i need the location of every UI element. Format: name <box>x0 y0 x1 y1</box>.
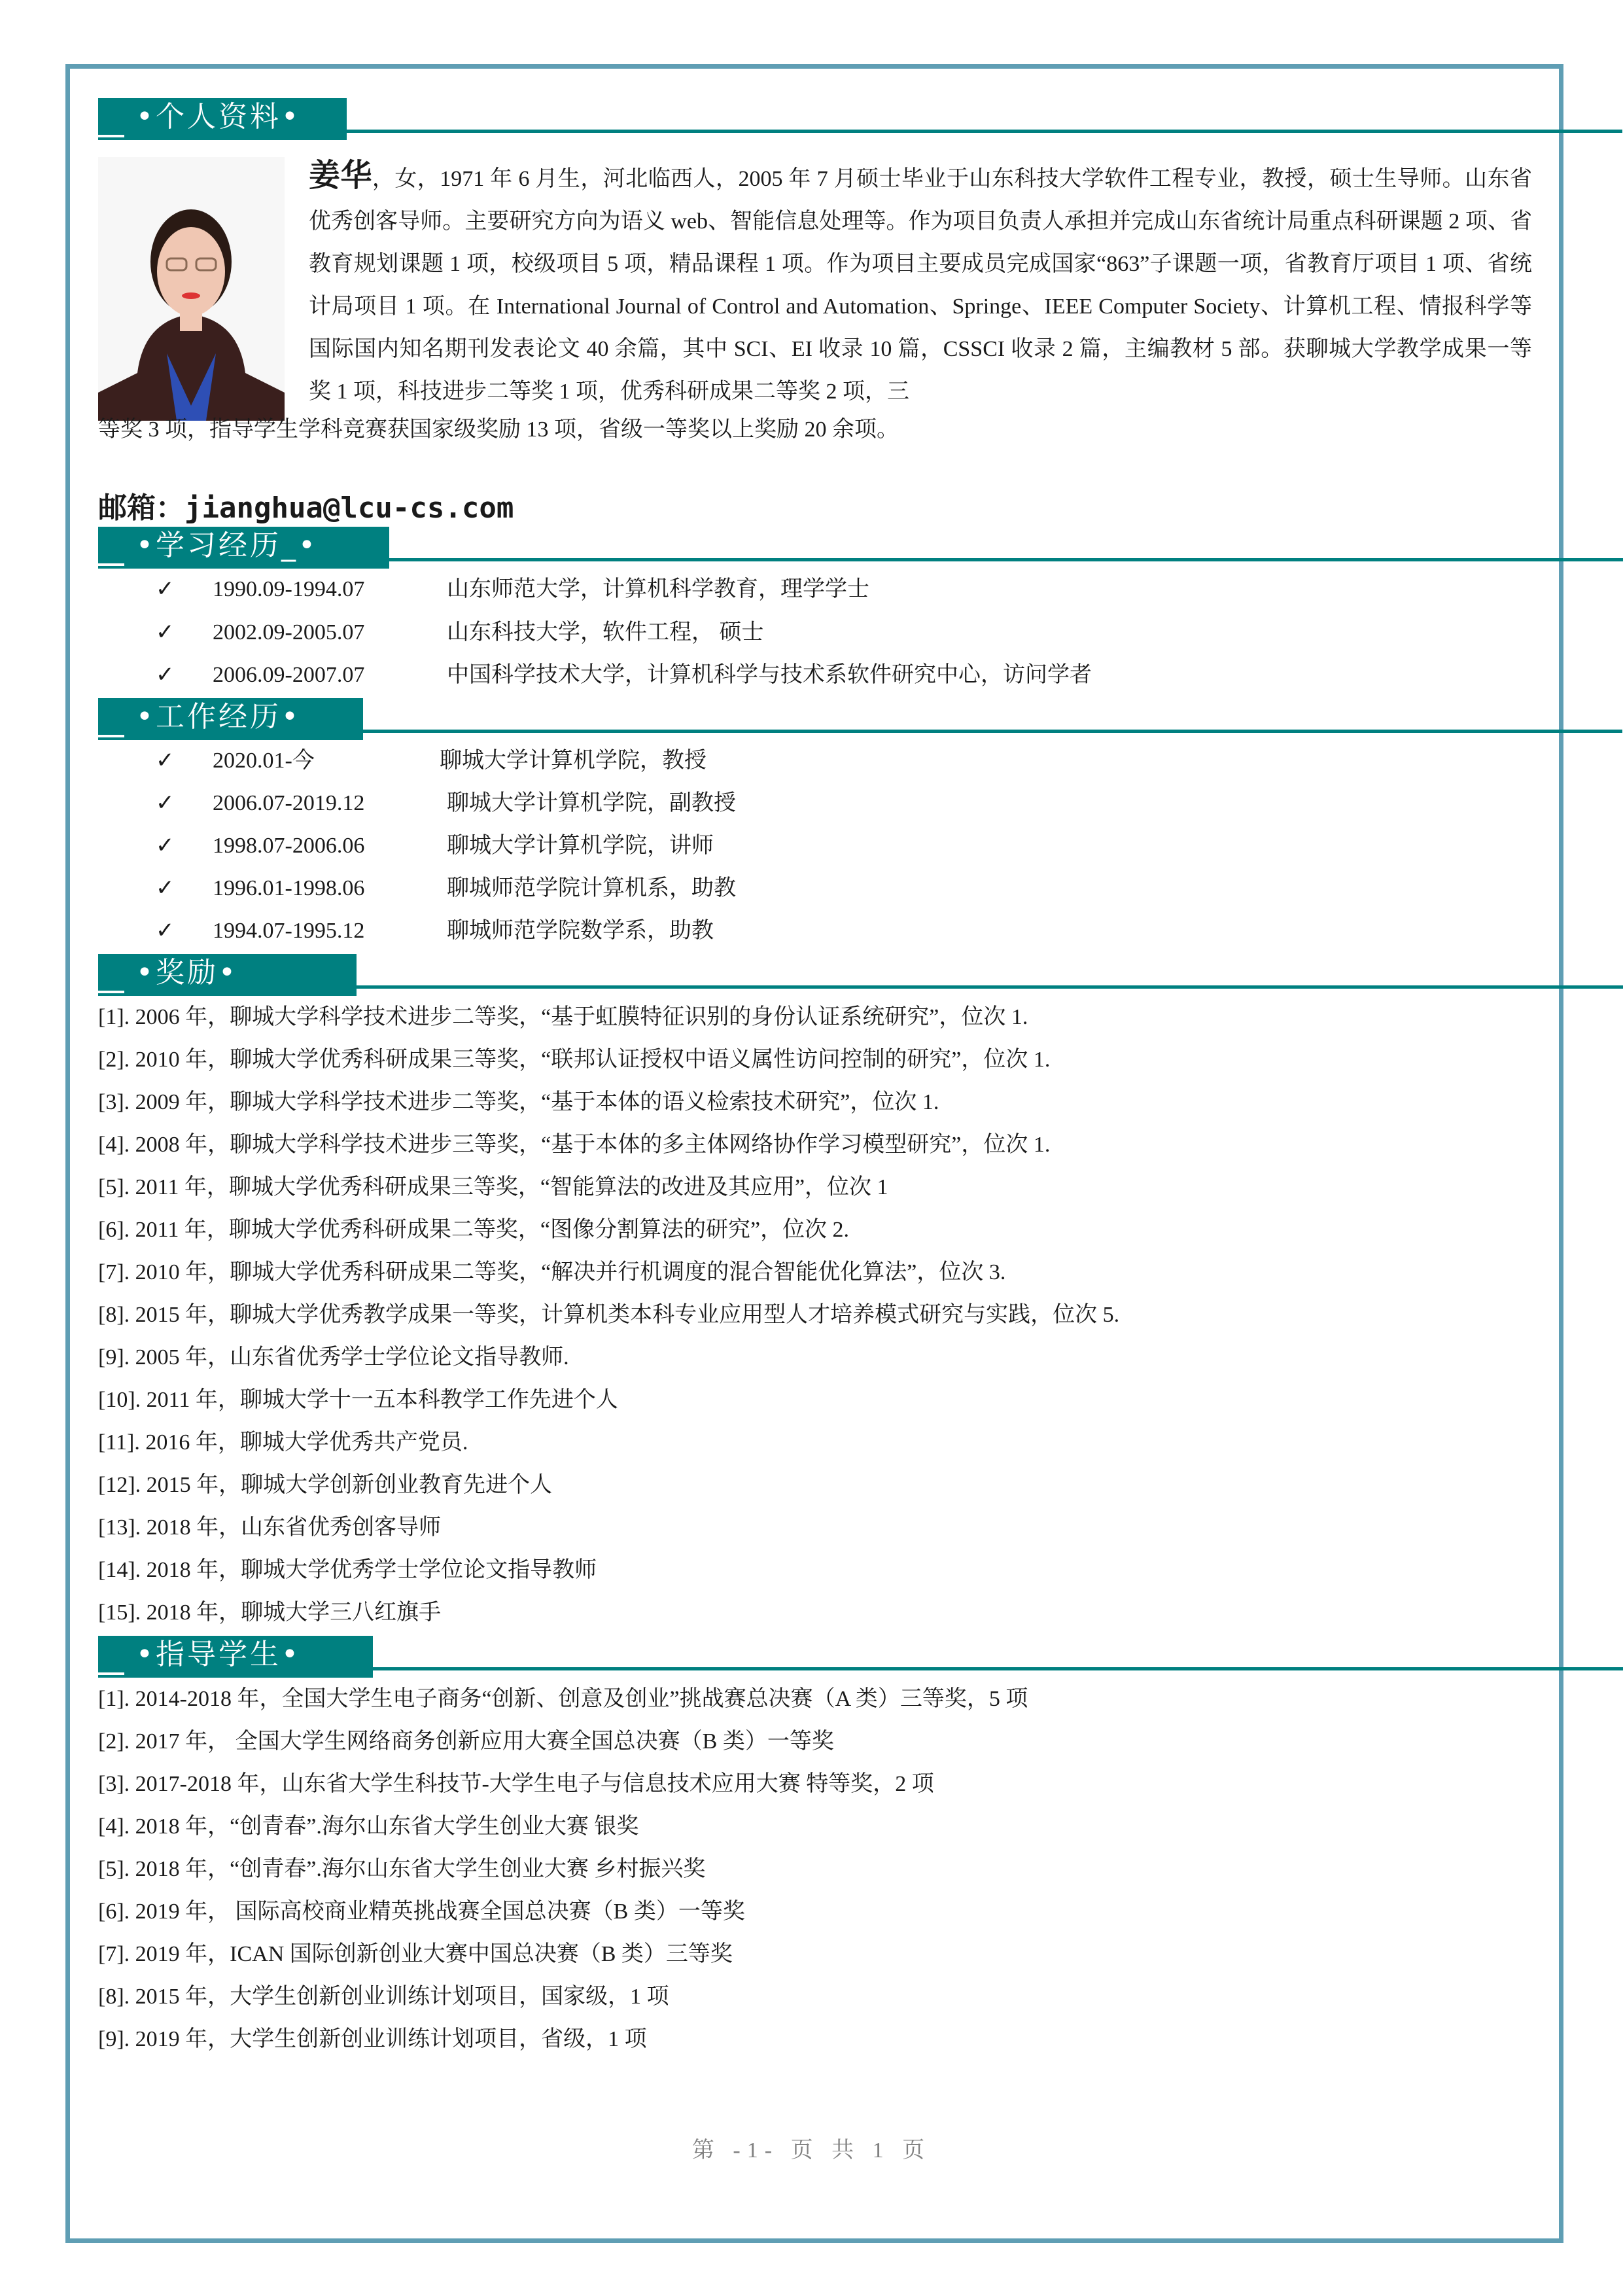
award-item: [1]. 2006 年，聊城大学科学技术进步二等奖，“基于虹膜特征识别的身份认证… <box>98 1001 1028 1034</box>
award-item: [10]. 2011 年，聊城大学十一五本科教学工作先进个人 <box>98 1384 618 1417</box>
work-date: 2006.07-2019.12 <box>213 787 364 820</box>
student-award-item: [7]. 2019 年，ICAN 国际创新创业大赛中国总决赛（B 类）三等奖 <box>98 1938 733 1971</box>
check-icon: ✓ <box>156 573 175 606</box>
email-line[interactable]: 邮箱：jianghua@lcu-cs.com <box>98 484 514 526</box>
education-desc: 中国科学技术大学，计算机科学与技术系软件研究中心，访问学者 <box>447 659 1092 692</box>
profile-text-continued: 等奖 3 项，指导学生学科竞赛获国家级奖励 13 项，省级一等奖以上奖励 20 … <box>98 408 1532 451</box>
student-award-item: [3]. 2017-2018 年，山东省大学生科技节-大学生电子与信息技术应用大… <box>98 1768 934 1801</box>
section-rule <box>347 130 1622 133</box>
award-item: [14]. 2018 年，聊城大学优秀学士学位论文指导教师 <box>98 1554 597 1587</box>
check-icon: ✓ <box>156 830 175 862</box>
education-date: 2002.09-2005.07 <box>213 616 364 649</box>
award-item: [7]. 2010 年，聊城大学优秀科研成果二等奖，“解决并行机调度的混合智能优… <box>98 1256 1005 1289</box>
profile-text: 姜华，女，1971 年 6 月生，河北临西人，2005 年 7 月硕士毕业于山东… <box>309 154 1532 413</box>
section-rule <box>389 558 1623 561</box>
work-date: 2020.01-今 <box>213 745 315 777</box>
profile-photo <box>98 157 285 421</box>
check-icon: ✓ <box>156 787 175 820</box>
work-desc: 聊城大学计算机学院，副教授 <box>447 787 736 820</box>
section-title: •学习经历_• <box>98 527 389 569</box>
section-title: •指导学生• <box>98 1636 373 1678</box>
award-item: [8]. 2015 年，聊城大学优秀教学成果一等奖，计算机类本科专业应用型人才培… <box>98 1299 1119 1332</box>
award-item: [12]. 2015 年，聊城大学创新创业教育先进个人 <box>98 1469 552 1502</box>
section-title: •奖励• <box>98 954 357 996</box>
student-award-item: [1]. 2014-2018 年，全国大学生电子商务“创新、创意及创业”挑战赛总… <box>98 1683 1028 1716</box>
award-item: [4]. 2008 年，聊城大学科学技术进步三等奖，“基于本体的多主体网络协作学… <box>98 1129 1050 1161</box>
award-item: [13]. 2018 年，山东省优秀创客导师 <box>98 1511 441 1544</box>
award-item: [6]. 2011 年，聊城大学优秀科研成果二等奖，“图像分割算法的研究”，位次… <box>98 1214 849 1246</box>
award-item: [11]. 2016 年，聊城大学优秀共产党员. <box>98 1426 468 1459</box>
check-icon: ✓ <box>156 659 175 692</box>
student-award-item: [6]. 2019 年， 国际高校商业精英挑战赛全国总决赛（B 类）一等奖 <box>98 1896 745 1928</box>
work-date: 1998.07-2006.06 <box>213 830 364 862</box>
check-icon: ✓ <box>156 872 175 905</box>
profile-intro: ，女，1971 年 6 月生，河北临西人，2005 年 7 月硕士毕业于山东科技… <box>309 167 1532 404</box>
work-desc: 聊城大学计算机学院，讲师 <box>447 830 714 862</box>
section-rule <box>357 985 1623 989</box>
work-desc: 聊城师范学院计算机系，助教 <box>447 872 736 905</box>
student-award-item: [5]. 2018 年，“创青春”.海尔山东省大学生创业大赛 乡村振兴奖 <box>98 1853 705 1886</box>
person-name: 姜华 <box>309 157 372 194</box>
education-desc: 山东科技大学，软件工程， 硕士 <box>447 616 764 649</box>
award-item: [3]. 2009 年，聊城大学科学技术进步二等奖，“基于本体的语义检索技术研究… <box>98 1086 939 1119</box>
award-item: [15]. 2018 年，聊城大学三八红旗手 <box>98 1597 441 1629</box>
education-desc: 山东师范大学，计算机科学教育，理学学士 <box>447 573 869 606</box>
award-item: [2]. 2010 年，聊城大学优秀科研成果三等奖，“联邦认证授权中语义属性访问… <box>98 1044 1050 1076</box>
education-date: 2006.09-2007.07 <box>213 659 364 692</box>
section-rule <box>363 730 1622 733</box>
award-item: [9]. 2005 年，山东省优秀学士学位论文指导教师. <box>98 1341 569 1374</box>
page-footer: 第 -1- 页 共 1 页 <box>0 2132 1623 2164</box>
check-icon: ✓ <box>156 745 175 777</box>
student-award-item: [4]. 2018 年，“创青春”.海尔山东省大学生创业大赛 银奖 <box>98 1810 638 1843</box>
work-date: 1996.01-1998.06 <box>213 872 364 905</box>
work-date: 1994.07-1995.12 <box>213 915 364 947</box>
portrait-icon <box>98 157 285 421</box>
section-rule <box>373 1667 1623 1670</box>
education-date: 1990.09-1994.07 <box>213 573 364 606</box>
section-title: •个人资料• <box>98 98 347 140</box>
award-item: [5]. 2011 年，聊城大学优秀科研成果三等奖，“智能算法的改进及其应用”，… <box>98 1171 888 1204</box>
student-award-item: [2]. 2017 年， 全国大学生网络商务创新应用大赛全国总决赛（B 类）一等… <box>98 1725 834 1758</box>
section-title: •工作经历• <box>98 698 363 740</box>
work-desc: 聊城师范学院数学系，助教 <box>447 915 714 947</box>
work-desc: 聊城大学计算机学院，教授 <box>440 745 707 777</box>
student-award-item: [9]. 2019 年，大学生创新创业训练计划项目，省级，1 项 <box>98 2023 647 2056</box>
student-award-item: [8]. 2015 年，大学生创新创业训练计划项目，国家级，1 项 <box>98 1981 669 2013</box>
check-icon: ✓ <box>156 616 175 649</box>
check-icon: ✓ <box>156 915 175 947</box>
